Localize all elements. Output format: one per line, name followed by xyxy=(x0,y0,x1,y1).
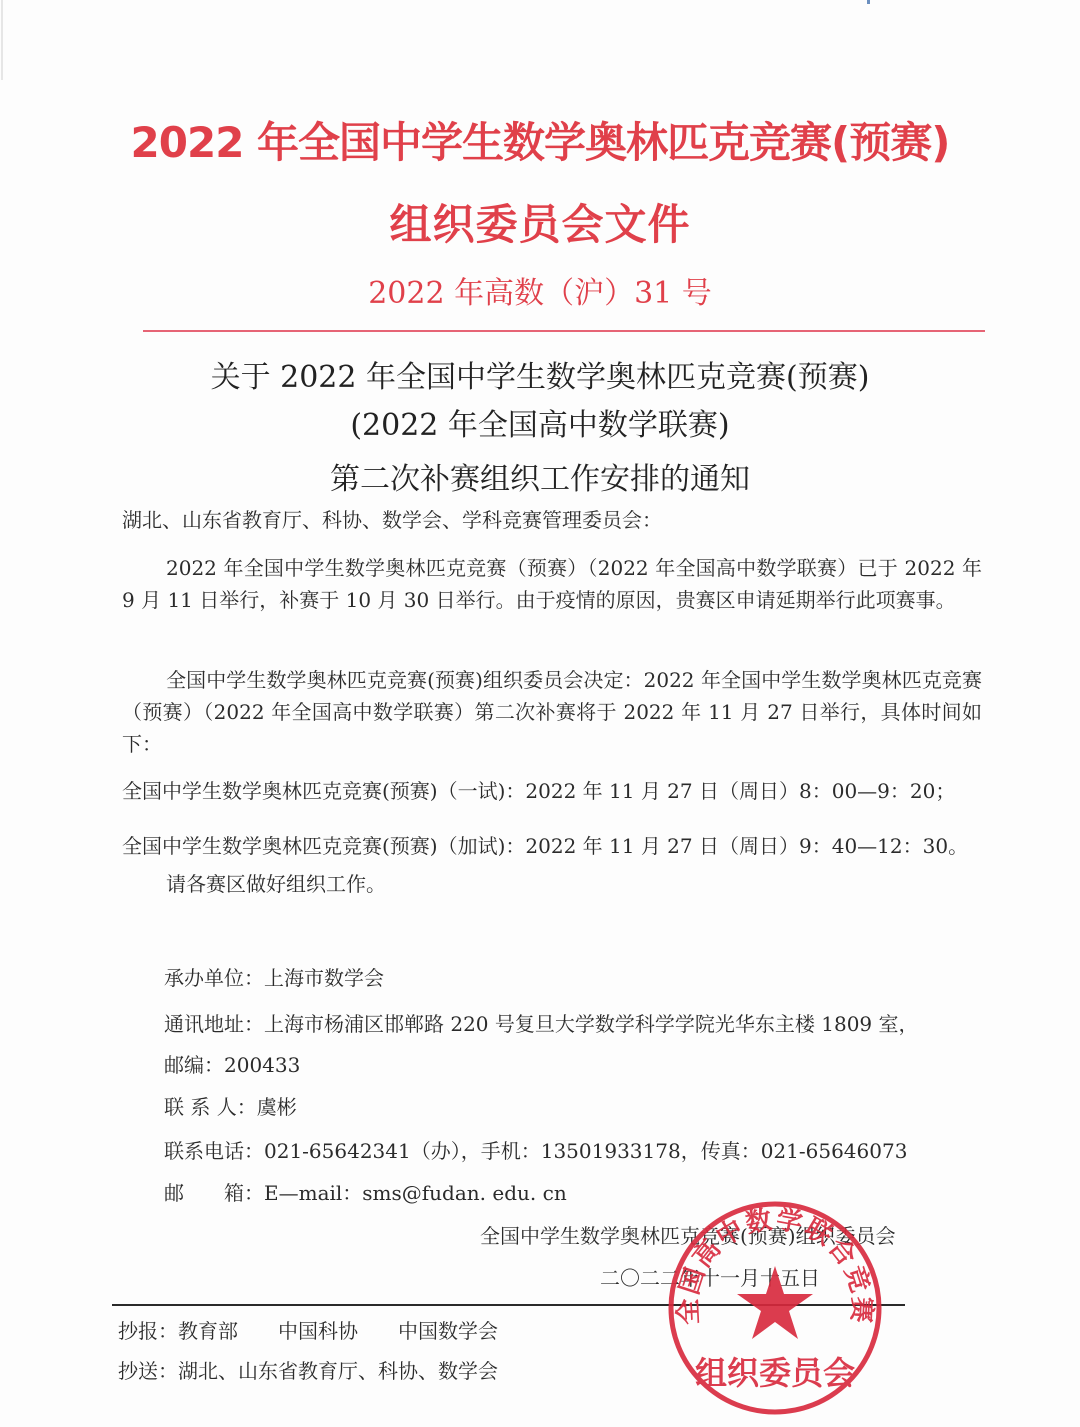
notice-title-line3: 第二次补赛组织工作安排的通知 xyxy=(0,454,1080,498)
official-seal-icon: 全国高中数学联合竞赛 组织委员会 xyxy=(665,1198,885,1418)
document-header-subtitle: 组织委员会文件 xyxy=(0,192,1080,252)
salutation: 湖北、山东省教育厅、科协、数学会、学科竞赛管理委员会： xyxy=(122,510,662,530)
paragraph-decision: 全国中学生数学奥林匹克竞赛(预赛)组织委员会决定：2022 年全国中学生数学奥林… xyxy=(122,664,982,760)
seal-center-text: 组织委员会 xyxy=(695,1354,855,1392)
scan-edge-mark xyxy=(1,0,3,80)
document-header-title: 2022 年全国中学生数学奥林匹克竞赛(预赛) xyxy=(0,110,1080,170)
notice-title-line1: 关于 2022 年全国中学生数学奥林匹克竞赛(预赛) xyxy=(0,352,1080,396)
document-page: 2022 年全国中学生数学奥林匹克竞赛(预赛) 组织委员会文件 2022 年高数… xyxy=(0,0,1080,1427)
schedule-item-second-round: 全国中学生数学奥林匹克竞赛(预赛)（加试)：2022 年 11 月 27 日（周… xyxy=(122,836,968,856)
paragraph-1-text: 2022 年全国中学生数学奥林匹克竞赛（预赛）（2022 年全国高中数学联赛）已… xyxy=(122,556,982,612)
schedule-item-first-round: 全国中学生数学奥林匹克竞赛(预赛)（一试)：2022 年 11 月 27 日（周… xyxy=(122,781,955,801)
copy-to: 抄送：湖北、山东省教育厅、科协、数学会 xyxy=(118,1361,498,1381)
email-label: 邮 箱： xyxy=(164,1181,264,1205)
report-to: 抄报：教育部 中国科协 中国数学会 xyxy=(118,1321,498,1341)
email-address[interactable]: E—mail：sms@fudan. edu. cn xyxy=(264,1181,567,1205)
contact-organizer: 承办单位：上海市数学会 xyxy=(164,968,384,988)
contact-address: 通讯地址：上海市杨浦区邯郸路 220 号复旦大学数学科学学院光华东主楼 1809… xyxy=(164,1014,919,1034)
paragraph-background: 2022 年全国中学生数学奥林匹克竞赛（预赛）（2022 年全国高中数学联赛）已… xyxy=(122,552,982,616)
scan-artifact xyxy=(867,0,870,4)
contact-email-row: 邮 箱：E—mail：sms@fudan. edu. cn xyxy=(164,1183,567,1203)
closing-sentence: 请各赛区做好组织工作。 xyxy=(166,874,386,894)
notice-title-line2: (2022 年全国高中数学联赛) xyxy=(0,400,1080,444)
contact-phone: 联系电话：021-65642341（办），手机：13501933178，传真：0… xyxy=(164,1141,907,1161)
contact-person: 联 系 人：虞彬 xyxy=(164,1097,297,1117)
red-divider xyxy=(143,330,985,332)
contact-postcode: 邮编：200433 xyxy=(164,1055,300,1075)
paragraph-2-text: 全国中学生数学奥林匹克竞赛(预赛)组织委员会决定：2022 年全国中学生数学奥林… xyxy=(122,668,982,756)
document-number: 2022 年高数（沪）31 号 xyxy=(0,268,1080,312)
